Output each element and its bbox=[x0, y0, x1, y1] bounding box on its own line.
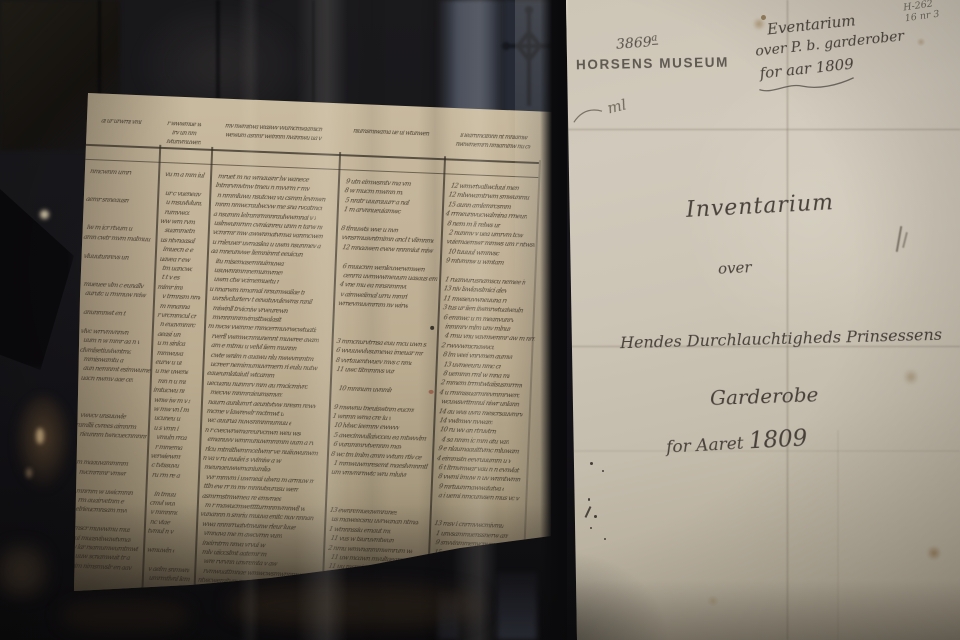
floor-reflection-streak bbox=[497, 572, 537, 640]
glass-shadow-streak bbox=[418, 0, 452, 640]
title-line4: Garderobe bbox=[710, 382, 819, 410]
ink-fleck-cluster bbox=[560, 0, 630, 640]
ink-dash bbox=[585, 506, 592, 518]
ink-fleck bbox=[588, 498, 590, 501]
museum-photo: ai ur urwrni vml nmcwnm umrwm naemr snne… bbox=[0, 0, 960, 640]
glass-glint bbox=[40, 210, 49, 219]
paper-stain bbox=[904, 368, 918, 386]
glass-reflection-streak bbox=[296, 0, 348, 640]
corner-ink-note: Eventarium over P. b. garderober for aar… bbox=[752, 6, 909, 100]
frame-reflection-line bbox=[98, 0, 101, 100]
ink-fleck bbox=[590, 527, 592, 529]
page-gap-shadow bbox=[540, 0, 567, 640]
paper-stain bbox=[916, 38, 926, 46]
title-line2: over bbox=[718, 258, 752, 278]
frame-reflection-line bbox=[216, 0, 220, 104]
vessel-glint bbox=[36, 428, 44, 444]
dark-drape-shape bbox=[0, 180, 74, 370]
glass-reflection-streak bbox=[238, 0, 260, 640]
metal-vessel-blur bbox=[14, 395, 72, 490]
ink-fleck bbox=[604, 538, 606, 540]
page-corner-shadow bbox=[560, 550, 670, 640]
ink-fleck bbox=[594, 515, 597, 518]
accession-suffix: a bbox=[651, 33, 658, 45]
museum-cover-page: 3869a HORSENS MUSEUM Eventarium over P. … bbox=[560, 0, 960, 640]
title-line5-prefix: for Aaret bbox=[666, 434, 744, 458]
title-line5-year: 1809 bbox=[748, 425, 808, 454]
pencil-reference: H-262 16 nr 3 bbox=[903, 0, 941, 24]
ink-fleck bbox=[590, 462, 593, 465]
floor-light-patch bbox=[0, 548, 44, 594]
paper-stain bbox=[761, 15, 766, 20]
ink-fleck bbox=[602, 470, 604, 472]
vessel-glint bbox=[26, 468, 32, 478]
glass-reflection-streak bbox=[452, 0, 498, 640]
glass-shadow-streak bbox=[352, 0, 392, 640]
paper-stain bbox=[926, 546, 942, 560]
floor-shape bbox=[60, 600, 190, 632]
